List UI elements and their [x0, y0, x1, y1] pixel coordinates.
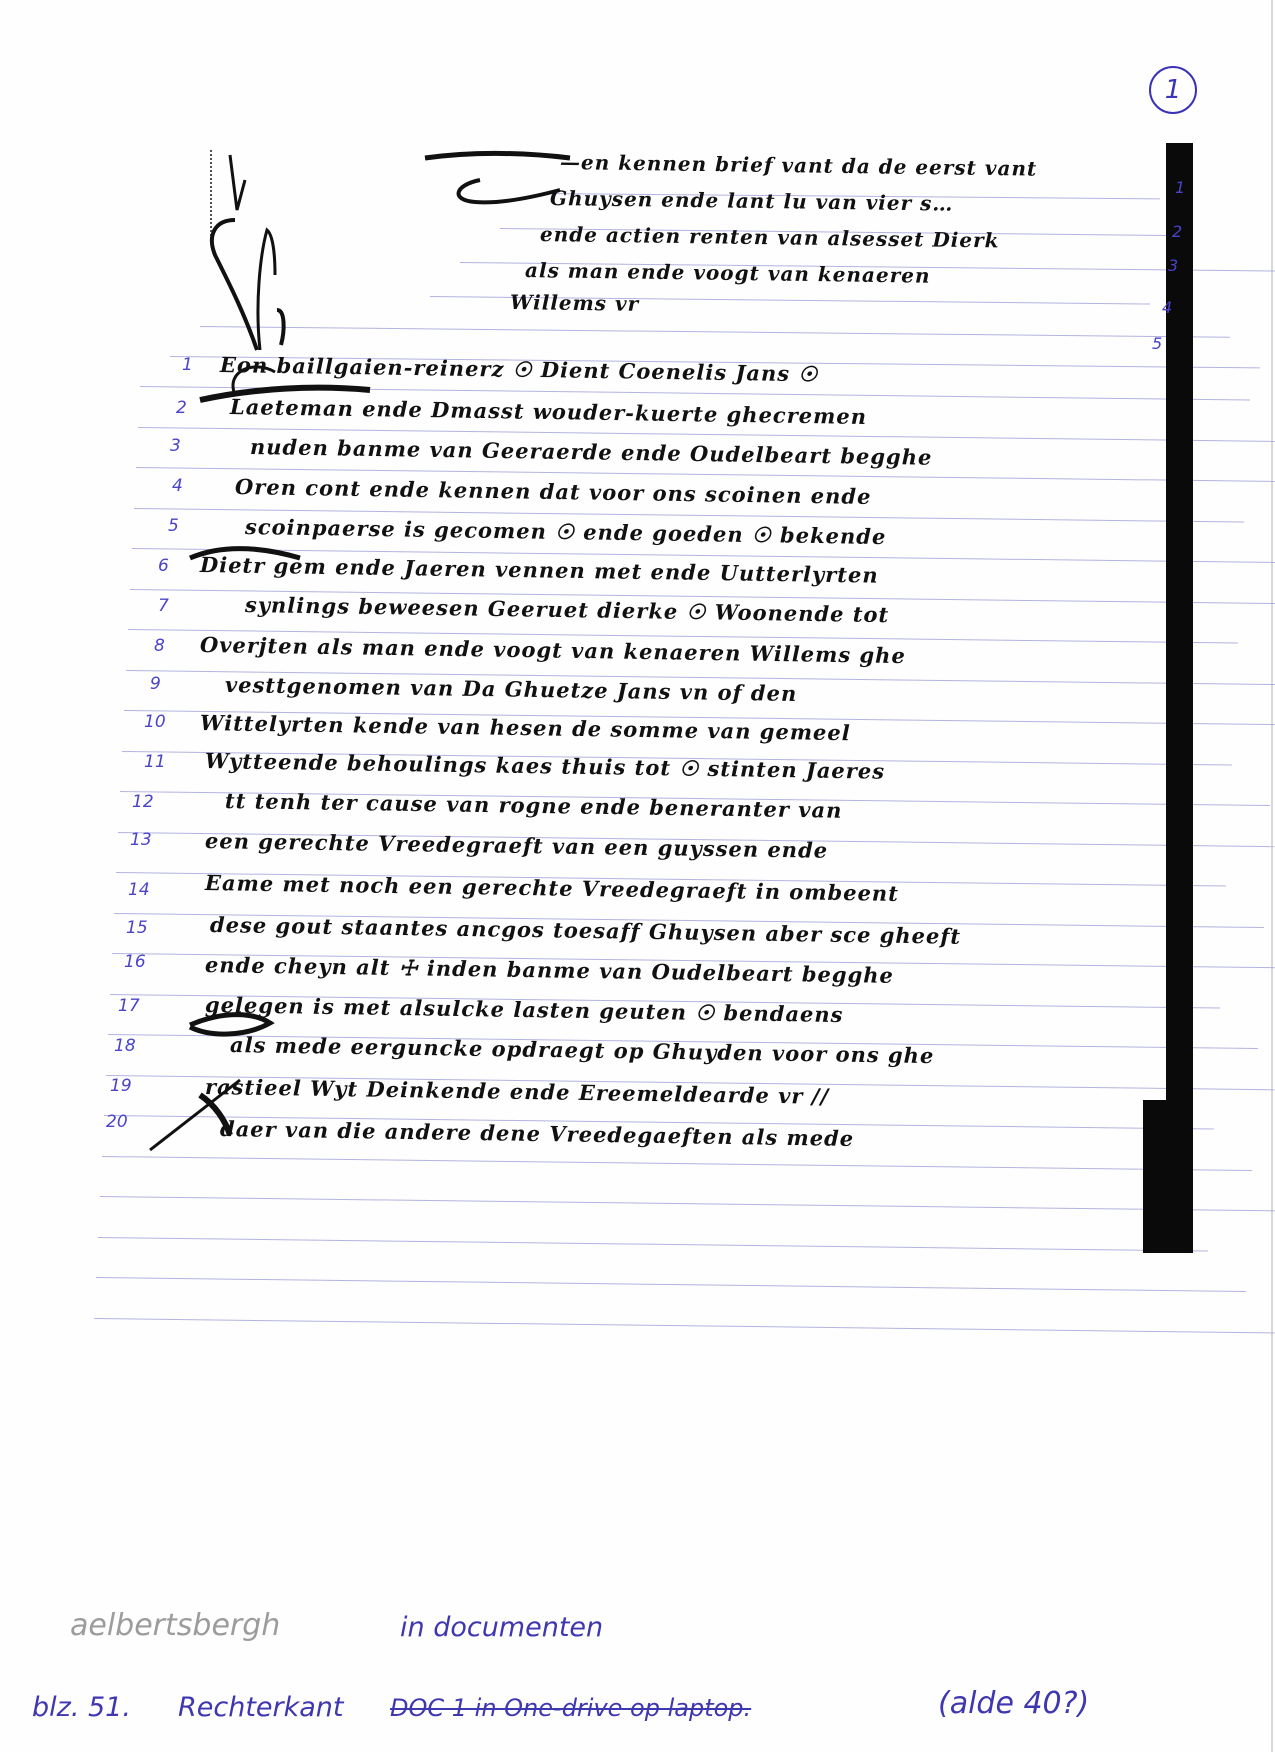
body-line-number: 10	[144, 712, 166, 732]
body-line-number: 18	[114, 1036, 136, 1056]
body-line-number: 12	[132, 792, 154, 812]
ruled-line	[102, 1156, 1252, 1171]
scan-edge-bar-bottom	[1143, 1100, 1183, 1253]
ruled-line	[200, 326, 1230, 338]
location-note: in documenten	[400, 1612, 603, 1643]
header-line-2: Ghuysen ende lant lu van vier s…	[550, 186, 954, 216]
body-line-number: 1	[182, 355, 193, 375]
initial-flourish	[195, 360, 375, 410]
line-flourish	[185, 1005, 275, 1045]
body-line-20: daer van die andere dene Vreedegaeften a…	[220, 1116, 855, 1151]
body-line-16: ende cheyn alt ☩ inden banme van Oudelbe…	[205, 952, 894, 988]
page-ref: blz. 51.	[32, 1692, 131, 1723]
body-line-10: Wittelyrten kende van hesen de somme van…	[200, 710, 851, 745]
body-line-number: 11	[144, 752, 166, 772]
body-line-14: Eame met noch een gerechte Vreedegraeft …	[205, 870, 899, 906]
side-ref: Rechterkant	[178, 1692, 344, 1723]
body-line-number: 6	[158, 556, 169, 576]
body-line-18: als mede eerguncke opdraegt op Ghuyden v…	[230, 1032, 935, 1068]
header-line-1: —en kennen brief vant da de eerst vant	[560, 150, 1038, 181]
margin-arrow-icon	[225, 150, 255, 220]
header-line-number: 2	[1172, 222, 1182, 241]
body-line-number: 16	[124, 952, 146, 972]
body-line-11: Wytteende behoulings kaes thuis tot ☉ st…	[205, 748, 885, 784]
age-note: (alde 40?)	[938, 1686, 1089, 1721]
body-line-12: tt tenh ter cause van rogne ende beneran…	[225, 788, 843, 823]
body-line-15: dese gout staantes ancgos toesaff Ghuyse…	[210, 912, 962, 949]
line-flourish	[185, 538, 305, 578]
body-line-number: 4	[172, 476, 183, 496]
body-line-number: 15	[126, 918, 148, 938]
ruled-line	[96, 1277, 1246, 1292]
scanned-page: 1 —en kennen brief vant da de eerst vant…	[0, 0, 1275, 1752]
body-line-13: een gerechte Vreedegraeft van een guysse…	[205, 828, 829, 863]
body-line-17: gelegen is met alsulcke lasten geuten ☉ …	[205, 992, 844, 1027]
body-line-number: 8	[154, 636, 165, 656]
margin-signum-icon	[205, 215, 295, 355]
body-line-19: rastieel Wyt Deinkende ende Ereemeldeard…	[205, 1074, 830, 1109]
diagonal-stroke	[145, 1075, 245, 1155]
body-line-number: 7	[158, 596, 169, 616]
ruled-line	[98, 1237, 1208, 1252]
body-line-number: 9	[150, 674, 161, 694]
header-line-number: 4	[1162, 298, 1172, 317]
header-line-4: als man ende voogt van kenaeren	[525, 258, 931, 288]
body-line-number: 17	[118, 996, 140, 1016]
body-line-4: Oren cont ende kennen dat voor ons scoin…	[235, 474, 872, 509]
struck-location-note: DOC 1 in One-drive op laptop.	[390, 1694, 751, 1722]
header-line-3: ende actien renten van alsesset Dierk	[540, 222, 1000, 252]
body-line-number: 2	[176, 398, 187, 418]
ruled-line	[100, 1196, 1275, 1212]
body-line-number: 5	[168, 516, 179, 536]
body-line-number: 13	[130, 830, 152, 850]
body-line-5: scoinpaerse is gecomen ☉ ende goeden ☉ b…	[245, 514, 887, 549]
body-line-number: 14	[128, 880, 150, 900]
pencil-place-note: aelbertsbergh	[70, 1608, 280, 1643]
ruled-line	[94, 1318, 1275, 1334]
body-line-number: 20	[106, 1112, 128, 1132]
header-line-number: 5	[1152, 334, 1162, 353]
header-line-number: 3	[1168, 256, 1178, 275]
body-line-number: 19	[110, 1076, 132, 1096]
page-edge	[1271, 0, 1273, 1752]
header-line-5: Willems vr	[510, 290, 639, 316]
body-line-number: 3	[170, 436, 181, 456]
page-number-badge: 1	[1149, 66, 1197, 114]
header-line-number: 1	[1175, 178, 1185, 197]
body-line-3: nuden banme van Geeraerde ende Oudelbear…	[250, 434, 933, 470]
